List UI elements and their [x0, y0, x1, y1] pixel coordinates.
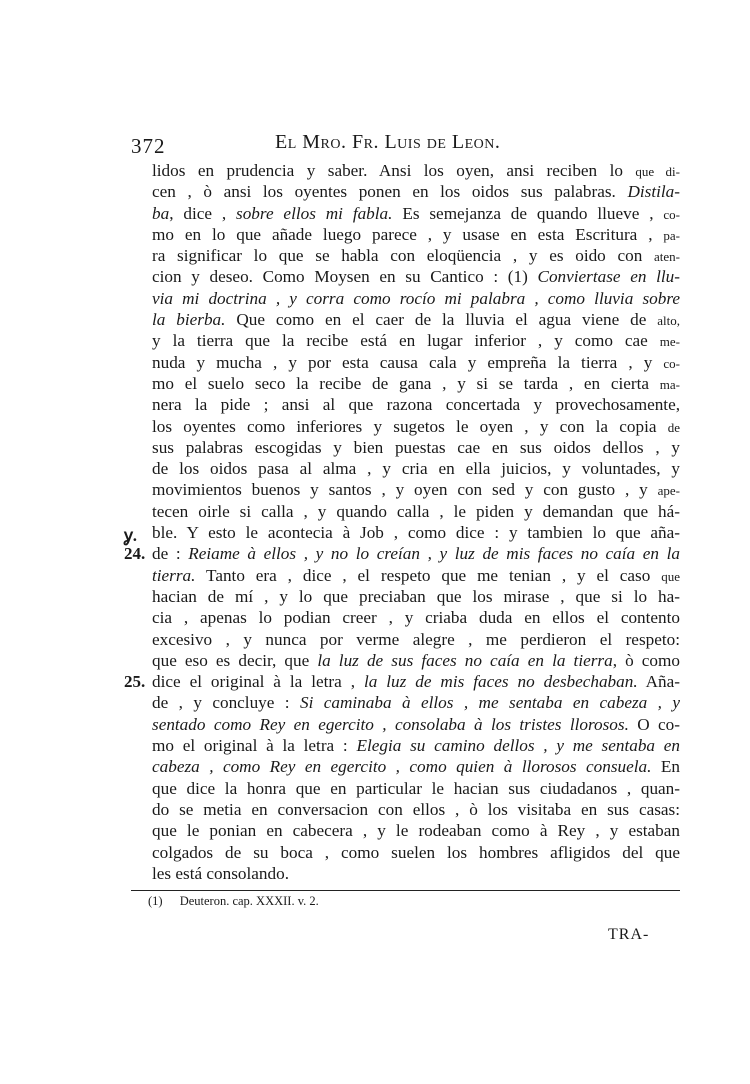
footnote-text: Deuteron. cap. XXXII. v. 2. [180, 894, 319, 908]
text-line: y la tierra que la recibe está en lugar … [152, 330, 680, 351]
text-segment: alto, [657, 313, 680, 328]
text-segment: pa- [663, 228, 680, 243]
text-segment: lidos en prudencia y saber. Ansi los oye… [152, 161, 635, 180]
italic-quote: Distila- [627, 182, 680, 201]
text-line: tecen oirle si calla , y quando calla , … [152, 501, 680, 522]
italic-quote: la bierba. [152, 310, 225, 329]
text-line: mo el suelo seco la recibe de gana , y s… [152, 373, 680, 394]
text-line: de : Reiame à ellos , y no lo creían , y… [152, 543, 680, 564]
text-line: sentado como Rey en egercito , consolaba… [152, 714, 680, 735]
italic-quote: sobre ellos mi fabla. [236, 204, 392, 223]
italic-quote: Si caminaba à ellos , me sentaba en cabe… [300, 693, 680, 712]
text-segment: , dice , [169, 204, 236, 223]
text-line: les está consolando. [152, 863, 680, 884]
text-line: excesivo , y nunca por verme alegre , me… [152, 629, 680, 650]
text-segment: mo en lo que añade luego parece , y usas… [152, 225, 663, 244]
text-line: cia , apenas lo podian creer , y criaba … [152, 607, 680, 628]
page-number: 372 [131, 134, 166, 159]
text-line: nuda y mucha , y por esta causa cala y e… [152, 352, 680, 373]
text-segment: tecen oirle si calla , y quando calla , … [152, 502, 680, 521]
text-line: que dice la honra que en particular le h… [152, 778, 680, 799]
text-segment: ape- [658, 483, 680, 498]
text-segment: cen , ò ansi los oyentes ponen en los oi… [152, 182, 627, 201]
text-line: ble. Y esto le acontecia à Job , como di… [152, 522, 680, 543]
footnote-marker: (1) [148, 894, 163, 908]
text-segment: que le ponian en cabecera , y le rodeaba… [152, 821, 680, 840]
text-line: lidos en prudencia y saber. Ansi los oye… [152, 160, 680, 181]
text-segment: Tanto era , dice , el respeto que me ten… [195, 566, 661, 585]
text-segment: En [651, 757, 680, 776]
text-line: mo en lo que añade luego parece , y usas… [152, 224, 680, 245]
text-segment: excesivo , y nunca por verme alegre , me… [152, 630, 680, 649]
italic-quote: ba [152, 204, 169, 223]
text-segment: O co- [629, 715, 680, 734]
text-line: nera la pide ; ansi al que razona concer… [152, 394, 680, 415]
text-segment: nera la pide ; ansi al que razona concer… [152, 395, 680, 414]
text-segment: ma- [660, 377, 680, 392]
italic-quote: la luz de mis faces no desbechaban. [364, 672, 638, 691]
text-line: que le ponian en cabecera , y le rodeaba… [152, 820, 680, 841]
text-segment: Es semejanza de quando llueve , [392, 204, 663, 223]
text-segment: que [661, 569, 680, 584]
text-line: que eso es decir, que la luz de sus face… [152, 650, 680, 671]
text-line: cabeza , como Rey en egercito , como qui… [152, 756, 680, 777]
footnote: (1) Deuteron. cap. XXXII. v. 2. [148, 894, 319, 909]
text-segment: movimientos buenos y santos , y oyen con… [152, 480, 658, 499]
text-line: de , y concluye : Si caminaba à ellos , … [152, 692, 680, 713]
text-segment: do se metia en conversacion con ellos , … [152, 800, 680, 819]
text-line: cion y deseo. Como Moysen en su Cantico … [152, 266, 680, 287]
text-segment: aten- [654, 249, 680, 264]
text-segment: co- [663, 356, 680, 371]
italic-quote: Conviertase en llu- [538, 267, 681, 286]
italic-quote: Reiame à ellos , y no lo creían , y luz … [188, 544, 680, 563]
catchword: TRA- [608, 926, 649, 944]
text-line: de los oidos pasa al alma , y cria en el… [152, 458, 680, 479]
italic-quote: tierra. [152, 566, 195, 585]
italic-quote: sentado como Rey en egercito , consolaba… [152, 715, 629, 734]
italic-quote: Elegia su camino dellos , y me sentaba e… [356, 736, 680, 755]
text-segment: mo el original à la letra : [152, 736, 356, 755]
text-line: colgados de su boca , como suelen los ho… [152, 842, 680, 863]
text-segment: que di- [635, 164, 680, 179]
footnote-rule [131, 890, 680, 891]
running-title: El Mro. Fr. Luis de Leon. [275, 131, 500, 154]
book-page: 372 El Mro. Fr. Luis de Leon. lidos en p… [0, 0, 750, 1084]
text-segment: les está consolando. [152, 864, 289, 883]
text-line: mo el original à la letra : Elegia su ca… [152, 735, 680, 756]
text-line: sus palabras escogidas y bien puestas ca… [152, 437, 680, 458]
text-segment: nuda y mucha , y por esta causa cala y e… [152, 353, 663, 372]
text-segment: colgados de su boca , como suelen los ho… [152, 843, 680, 862]
text-segment: sus palabras escogidas y bien puestas ca… [152, 438, 680, 457]
text-segment: de [668, 420, 680, 435]
text-segment: hacian de mí , y lo que preciaban que lo… [152, 587, 680, 606]
text-segment: mo el suelo seco la recibe de gana , y s… [152, 374, 660, 393]
verse-marker: ỿ. [124, 523, 137, 546]
text-segment: Que como en el caer de la lluvia el agua… [225, 310, 657, 329]
text-segment: de , y concluye : [152, 693, 300, 712]
text-segment: Aña- [638, 672, 680, 691]
text-segment: me- [660, 334, 680, 349]
text-line: cen , ò ansi los oyentes ponen en los oi… [152, 181, 680, 202]
text-line: dice el original à la letra , la luz de … [152, 671, 680, 692]
text-segment: de los oidos pasa al alma , y cria en el… [152, 459, 680, 478]
text-segment: ble. Y esto le acontecia à Job , como di… [152, 523, 680, 542]
text-segment: que dice la honra que en particular le h… [152, 779, 680, 798]
text-segment: , ò como [613, 651, 680, 670]
verse-marker: 25. [124, 672, 145, 692]
text-line: la bierba. Que como en el caer de la llu… [152, 309, 680, 330]
text-line: tierra. Tanto era , dice , el respeto qu… [152, 565, 680, 586]
text-line: do se metia en conversacion con ellos , … [152, 799, 680, 820]
text-line: ra significar lo que se habla con eloqüe… [152, 245, 680, 266]
text-line: via mi doctrina , y corra como rocío mi … [152, 288, 680, 309]
verse-marker: 24. [124, 544, 145, 564]
text-segment: de : [152, 544, 188, 563]
text-line: movimientos buenos y santos , y oyen con… [152, 479, 680, 500]
text-segment: que eso es decir, que [152, 651, 317, 670]
text-segment: dice el original à la letra , [152, 672, 364, 691]
text-line: ba, dice , sobre ellos mi fabla. Es seme… [152, 203, 680, 224]
text-segment: cia , apenas lo podian creer , y criaba … [152, 608, 680, 627]
italic-quote: la luz de sus faces no caía en la tierra [317, 651, 612, 670]
italic-quote: cabeza , como Rey en egercito , como qui… [152, 757, 651, 776]
text-line: hacian de mí , y lo que preciaban que lo… [152, 586, 680, 607]
text-segment: ra significar lo que se habla con eloqüe… [152, 246, 654, 265]
text-segment: cion y deseo. Como Moysen en su Cantico … [152, 267, 538, 286]
text-line: los oyentes como inferiores y sugetos le… [152, 416, 680, 437]
italic-quote: via mi doctrina , y corra como rocío mi … [152, 289, 680, 308]
text-segment: los oyentes como inferiores y sugetos le… [152, 417, 668, 436]
text-segment: co- [663, 207, 680, 222]
text-segment: y la tierra que la recibe está en lugar … [152, 331, 660, 350]
body-text: lidos en prudencia y saber. Ansi los oye… [152, 160, 680, 884]
